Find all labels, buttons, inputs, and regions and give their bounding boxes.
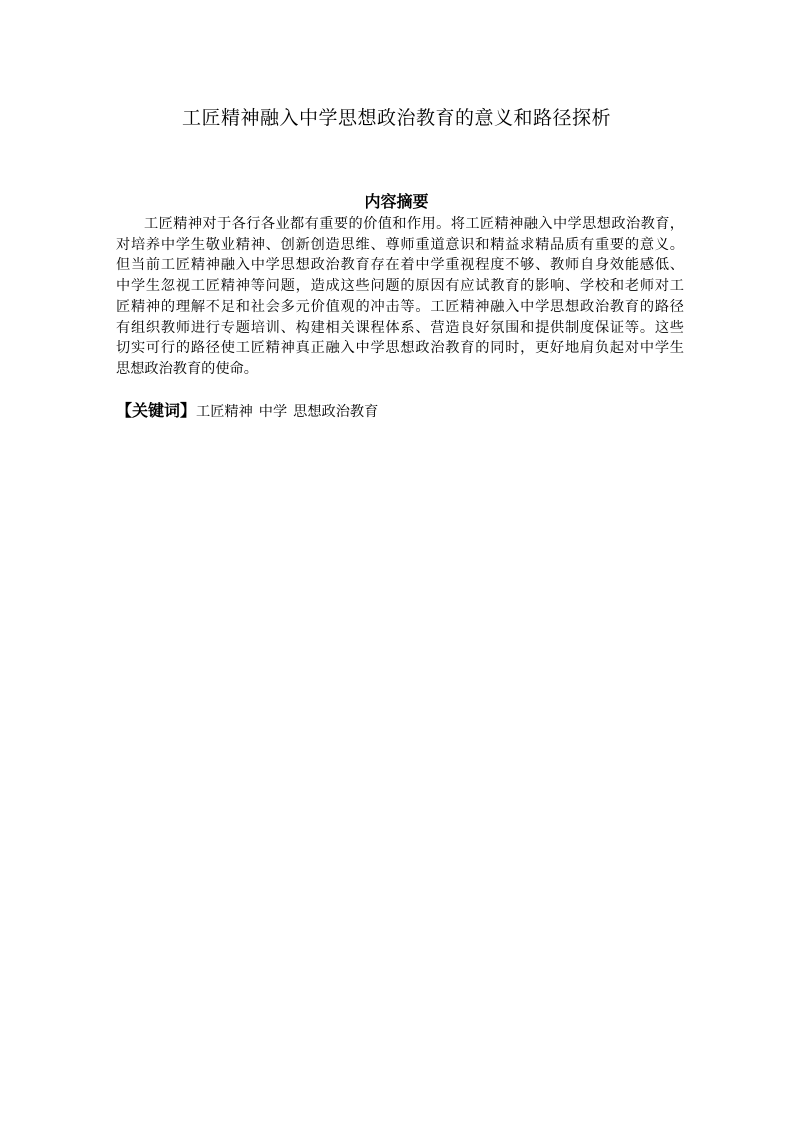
abstract-line: 思想政治教育的使命。: [116, 359, 684, 380]
abstract-line: 工匠精神对于各行各业都有重要的价值和作用。将工匠精神融入中学思想政治教育，: [116, 214, 684, 235]
keyword: 思想政治教育: [293, 404, 378, 420]
keywords-row: 【关键词】工匠精神中学思想政治教育: [116, 398, 384, 421]
keyword: 中学: [259, 404, 287, 420]
document-title: 工匠精神融入中学思想政治教育的意义和路径探析: [0, 103, 793, 130]
abstract-line: 但当前工匠精神融入中学思想政治教育存在着中学重视程度不够、教师自身效能感低、: [116, 255, 684, 276]
abstract-line: 有组织教师进行专题培训、构建相关课程体系、营造良好氛围和提供制度保证等。这些: [116, 318, 684, 339]
abstract-heading: 内容摘要: [0, 189, 793, 212]
abstract-line: 匠精神的理解不足和社会多元价值观的冲击等。工匠精神融入中学思想政治教育的路径: [116, 297, 684, 318]
abstract-line: 中学生忽视工匠精神等问题，造成这些问题的原因有应试教育的影响、学校和老师对工: [116, 276, 684, 297]
abstract-body: 工匠精神对于各行各业都有重要的价值和作用。将工匠精神融入中学思想政治教育， 对培…: [116, 214, 684, 380]
keyword: 工匠精神: [196, 404, 253, 420]
abstract-line: 切实可行的路径使工匠精神真正融入中学思想政治教育的同时，更好地肩负起对中学生: [116, 338, 684, 359]
keywords-label: 【关键词】: [116, 401, 196, 420]
abstract-line: 对培养中学生敬业精神、创新创造思维、尊师重道意识和精益求精品质有重要的意义。: [116, 235, 684, 256]
